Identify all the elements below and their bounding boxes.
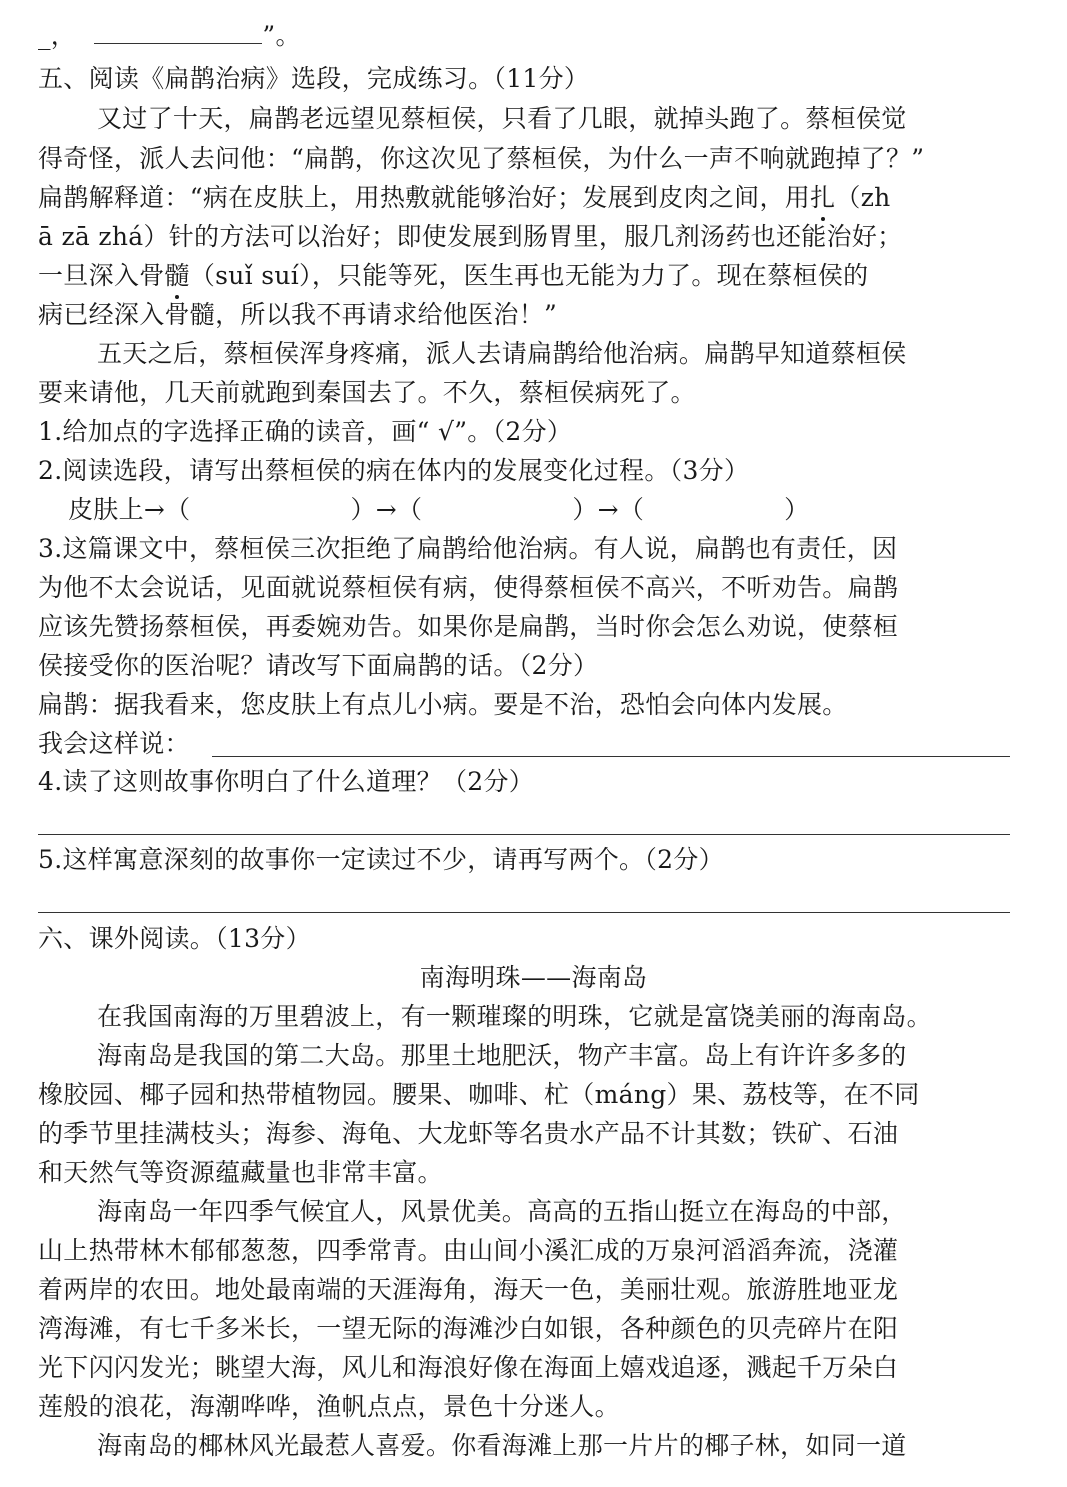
exam-page: _， ”。 五、阅读《扁鹊治病》选段，完成练习。（11分） 又过了十天，扁鹊老远… — [0, 0, 1067, 1487]
previous-question-fragment: _， ”。 — [38, 18, 1023, 54]
passage-line: 一旦深入骨髓（suǐ suí），只能等死，医生再也无能为力了。现在蔡桓侯的 — [38, 258, 1023, 294]
chain-arrow: ）→（ — [350, 495, 422, 524]
passage-line: ā zā zhá）针的方法可以治好；即使发展到肠胃里，服几剂汤药也还能治好； — [38, 219, 1023, 255]
bianque-quote: 扁鹊：据我看来，您皮肤上有点儿小病。要是不治，恐怕会向体内发展。 — [38, 687, 1023, 723]
question-3-line: 为他不太会说话，见面就说蔡桓侯有病，使得蔡桓侯不高兴，不听劝告。扁鹊 — [38, 570, 1023, 606]
article-line: 在我国南海的万里碧波上，有一颗璀璨的明珠，它就是富饶美丽的海南岛。 — [97, 999, 1023, 1035]
article-line: 山上热带林木郁郁葱葱，四季常青。由山间小溪汇成的万泉河滔滔奔流，浇灌 — [38, 1233, 1023, 1269]
passage-text: 一旦深入骨 — [38, 261, 165, 290]
passage-line: 得奇怪，派人去问他：“扁鹊，你这次见了蔡桓侯，为什么一声不响就跑掉了？” — [38, 141, 1023, 177]
article-line: 和天然气等资源蕴藏量也非常丰富。 — [38, 1155, 1023, 1191]
dotted-character-sui: 髓 — [165, 258, 190, 294]
dotted-character-zha: 扎 — [810, 180, 835, 216]
pinyin-options: （zh — [835, 183, 890, 212]
passage-line: 病已经深入骨髓，所以我不再请求给他医治！” — [38, 297, 1023, 333]
article-line: 海南岛一年四季气候宜人，风景优美。高高的五指山挺立在海岛的中部， — [97, 1194, 1023, 1230]
article-line: 海南岛的椰林风光最惹人喜爱。你看海滩上那一片片的椰子林，如同一道 — [97, 1428, 1023, 1464]
pinyin-options: （suǐ suí），只能等死，医生再也无能为力了。现在蔡桓侯的 — [190, 261, 869, 290]
question-5: 5.这样寓意深刻的故事你一定读过不少，请再写两个。（2分） — [38, 842, 1023, 878]
article-title: 南海明珠——海南岛 — [0, 960, 1067, 996]
chain-end: ） — [784, 495, 809, 524]
article-line: 的季节里挂满枝头；海参、海龟、大龙虾等名贵水产品不计其数；铁矿、石油 — [38, 1116, 1023, 1152]
article-line: 湾海滩，有七千多米长，一望无际的海滩沙白如银，各种颜色的贝壳碎片在阳 — [38, 1311, 1023, 1347]
question-1: 1.给加点的字选择正确的读音，画“ √”。（2分） — [38, 414, 1023, 450]
passage-line: 五天之后，蔡桓侯浑身疼痛，派人去请扁鹊给他治病。扁鹊早知道蔡桓侯 — [97, 336, 1023, 372]
chain-start: 皮肤上→（ — [68, 495, 190, 524]
question-3-line: 侯接受你的医治呢？请改写下面扁鹊的话。（2分） — [38, 648, 1023, 684]
chain-arrow: ）→（ — [572, 495, 644, 524]
passage-line: 要来请他，几天前就跑到秦国去了。不久，蔡桓侯病死了。 — [38, 375, 1023, 411]
article-line: 橡胶园、椰子园和热带植物园。腰果、咖啡、杧（máng）果、荔枝等，在不同 — [38, 1077, 1023, 1113]
answer-blank[interactable] — [94, 23, 262, 44]
article-line: 莲般的浪花，海潮哗哗，渔帆点点，景色十分迷人。 — [38, 1389, 1023, 1425]
question-2: 2.阅读选段，请写出蔡桓侯的病在体内的发展变化过程。（3分） — [38, 453, 1023, 489]
fragment-suffix: ”。 — [262, 21, 300, 50]
passage-line: 又过了十天，扁鹊老远望见蔡桓侯，只看了几眼，就掉头跑了。蔡桓侯觉 — [97, 101, 1023, 137]
section6-heading: 六、课外阅读。（13分） — [38, 921, 1023, 957]
disease-progression-chain: 皮肤上→（）→（）→（） — [68, 492, 1053, 528]
answer-label: 我会这样说： — [38, 729, 190, 758]
fragment-prefix: _， — [38, 21, 76, 50]
question-3-line: 应该先赞扬蔡桓侯，再委婉劝告。如果你是扁鹊，当时你会怎么劝说，使蔡桓 — [38, 609, 1023, 645]
question-4: 4.读了这则故事你明白了什么道理？（2分） — [38, 764, 1023, 800]
article-line: 光下闪闪发光；眺望大海，风儿和海浪好像在海面上嬉戏追逐，溅起千万朵白 — [38, 1350, 1023, 1386]
answer-line-q4[interactable] — [38, 834, 1010, 835]
article-line: 海南岛是我国的第二大岛。那里土地肥沃，物产丰富。岛上有许许多多的 — [97, 1038, 1023, 1074]
answer-line-q5[interactable] — [38, 912, 1010, 913]
question-3-line: 3.这篇课文中，蔡桓侯三次拒绝了扁鹊给他治病。有人说，扁鹊也有责任，因 — [38, 531, 1023, 567]
article-line: 着两岸的农田。地处最南端的天涯海角，海天一色，美丽壮观。旅游胜地亚龙 — [38, 1272, 1023, 1308]
answer-line-q3[interactable] — [212, 756, 1010, 757]
passage-line: 扁鹊解释道：“病在皮肤上，用热敷就能够治好；发展到皮肉之间，用扎（zh — [38, 180, 1023, 216]
section5-heading: 五、阅读《扁鹊治病》选段，完成练习。（11分） — [38, 61, 1023, 97]
passage-text: 扁鹊解释道：“病在皮肤上，用热敷就能够治好；发展到皮肉之间，用 — [38, 183, 810, 212]
